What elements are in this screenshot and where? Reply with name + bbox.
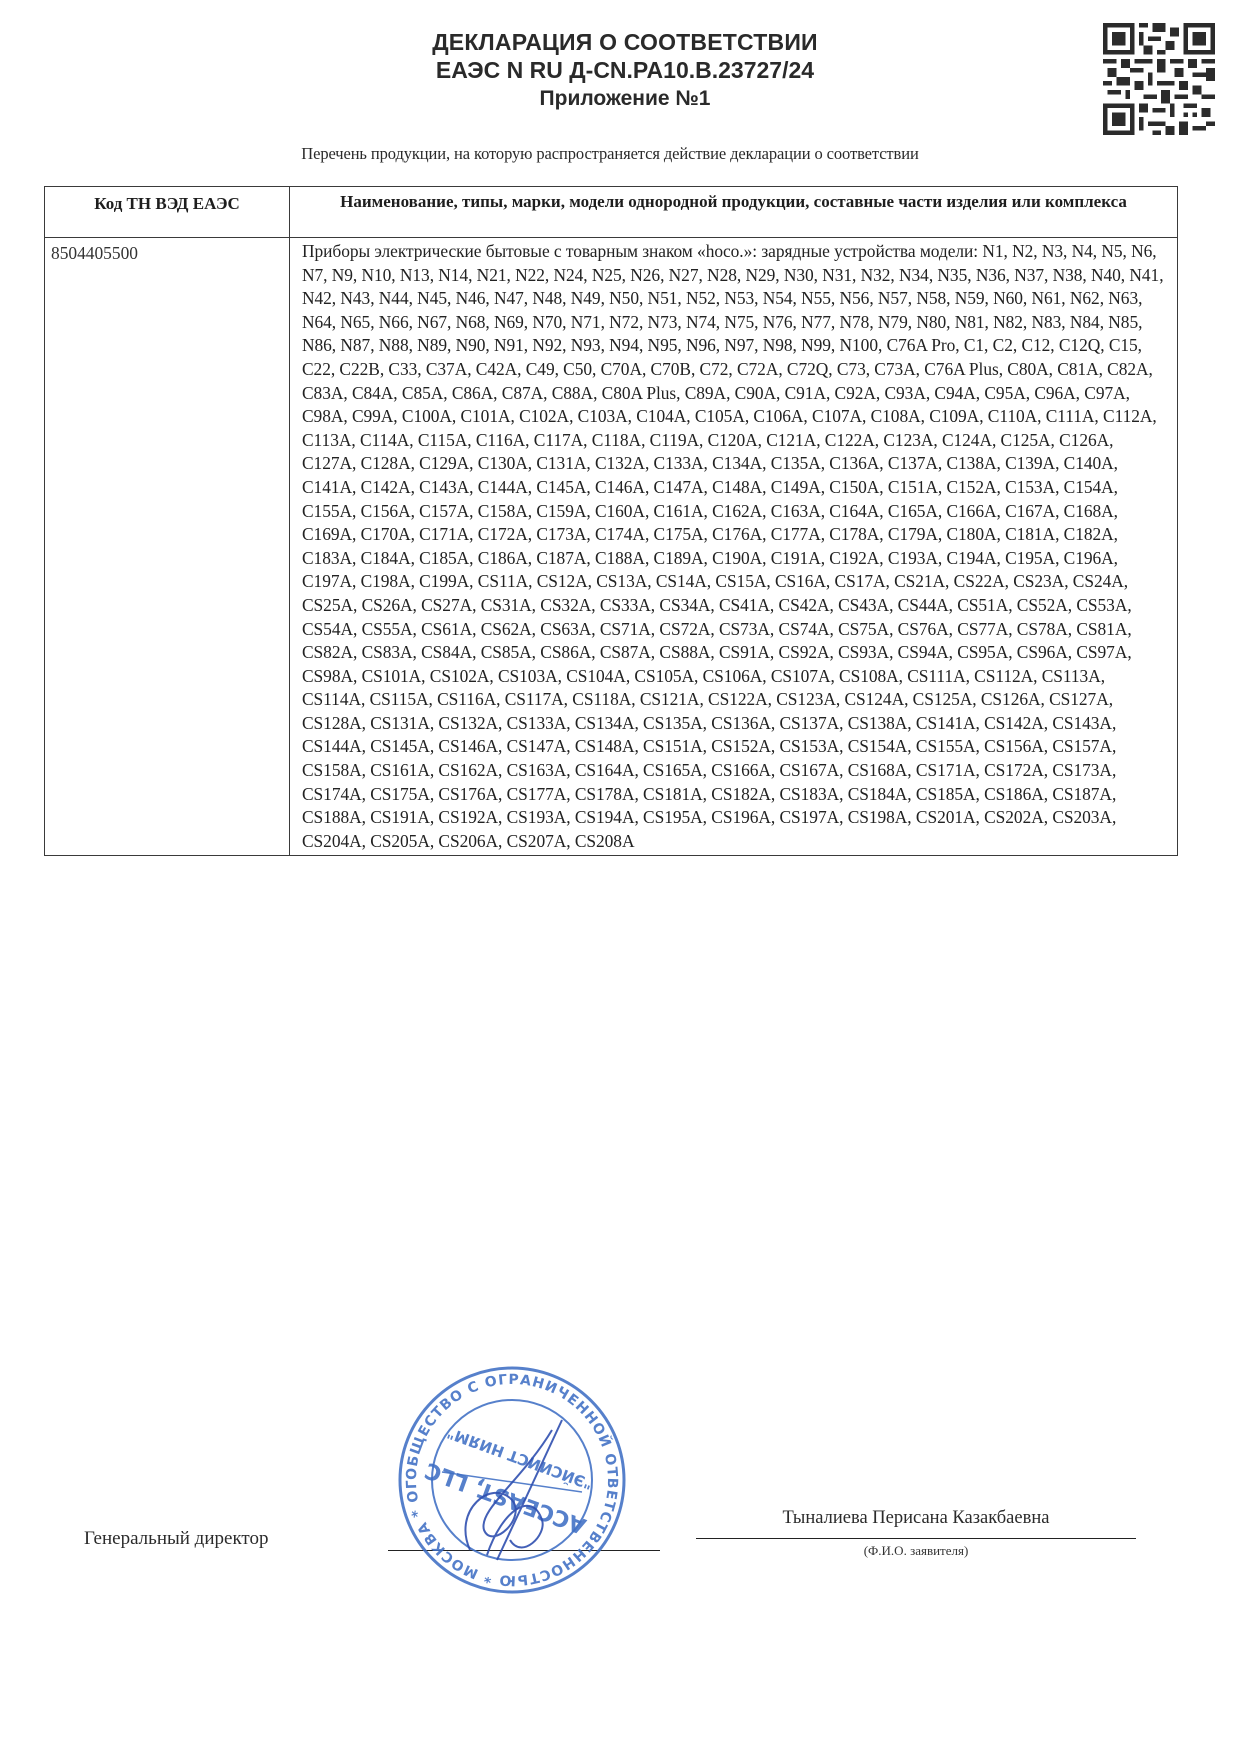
signer-name-caption: (Ф.И.О. заявителя)	[696, 1543, 1136, 1559]
signature-block: Генеральный директор ОБЩЕСТВО С ОГРАНИЧЕ…	[0, 1380, 1240, 1580]
signer-role: Генеральный директор	[84, 1528, 268, 1550]
table-header-row: Код ТН ВЭД ЕАЭС Наименование, типы, марк…	[45, 187, 1178, 238]
document-title: ДЕКЛАРАЦИЯ О СООТВЕТСТВИИ ЕАЭС N RU Д-CN…	[300, 28, 950, 114]
header-hs-code: Код ТН ВЭД ЕАЭС	[45, 187, 290, 238]
name-line	[696, 1538, 1136, 1539]
product-list-caption: Перечень продукции, на которую распростр…	[200, 144, 1020, 164]
table-row: 8504405500 Приборы электрические бытовые…	[45, 238, 1178, 856]
product-table: Код ТН ВЭД ЕАЭС Наименование, типы, марк…	[44, 186, 1178, 856]
qr-code-icon	[1103, 23, 1215, 135]
product-model-list: Приборы электрические бытовые с товарным…	[302, 240, 1169, 853]
company-stamp-icon: ОБЩЕСТВО С ОГРАНИЧЕННОЙ ОТВЕТСТВЕННОСТЬЮ…	[392, 1360, 632, 1600]
signer-name: Тыналиева Перисана Казакбаевна	[696, 1508, 1136, 1529]
product-description-cell: Приборы электрические бытовые с товарным…	[290, 238, 1178, 856]
declaration-number: ЕАЭС N RU Д-CN.PA10.B.23727/24	[300, 56, 950, 84]
hs-code-cell: 8504405500	[45, 238, 290, 856]
header-product-description: Наименование, типы, марки, модели одноро…	[290, 187, 1178, 238]
title-line-1: ДЕКЛАРАЦИЯ О СООТВЕТСТВИИ	[300, 28, 950, 56]
appendix-label: Приложение №1	[300, 84, 950, 114]
